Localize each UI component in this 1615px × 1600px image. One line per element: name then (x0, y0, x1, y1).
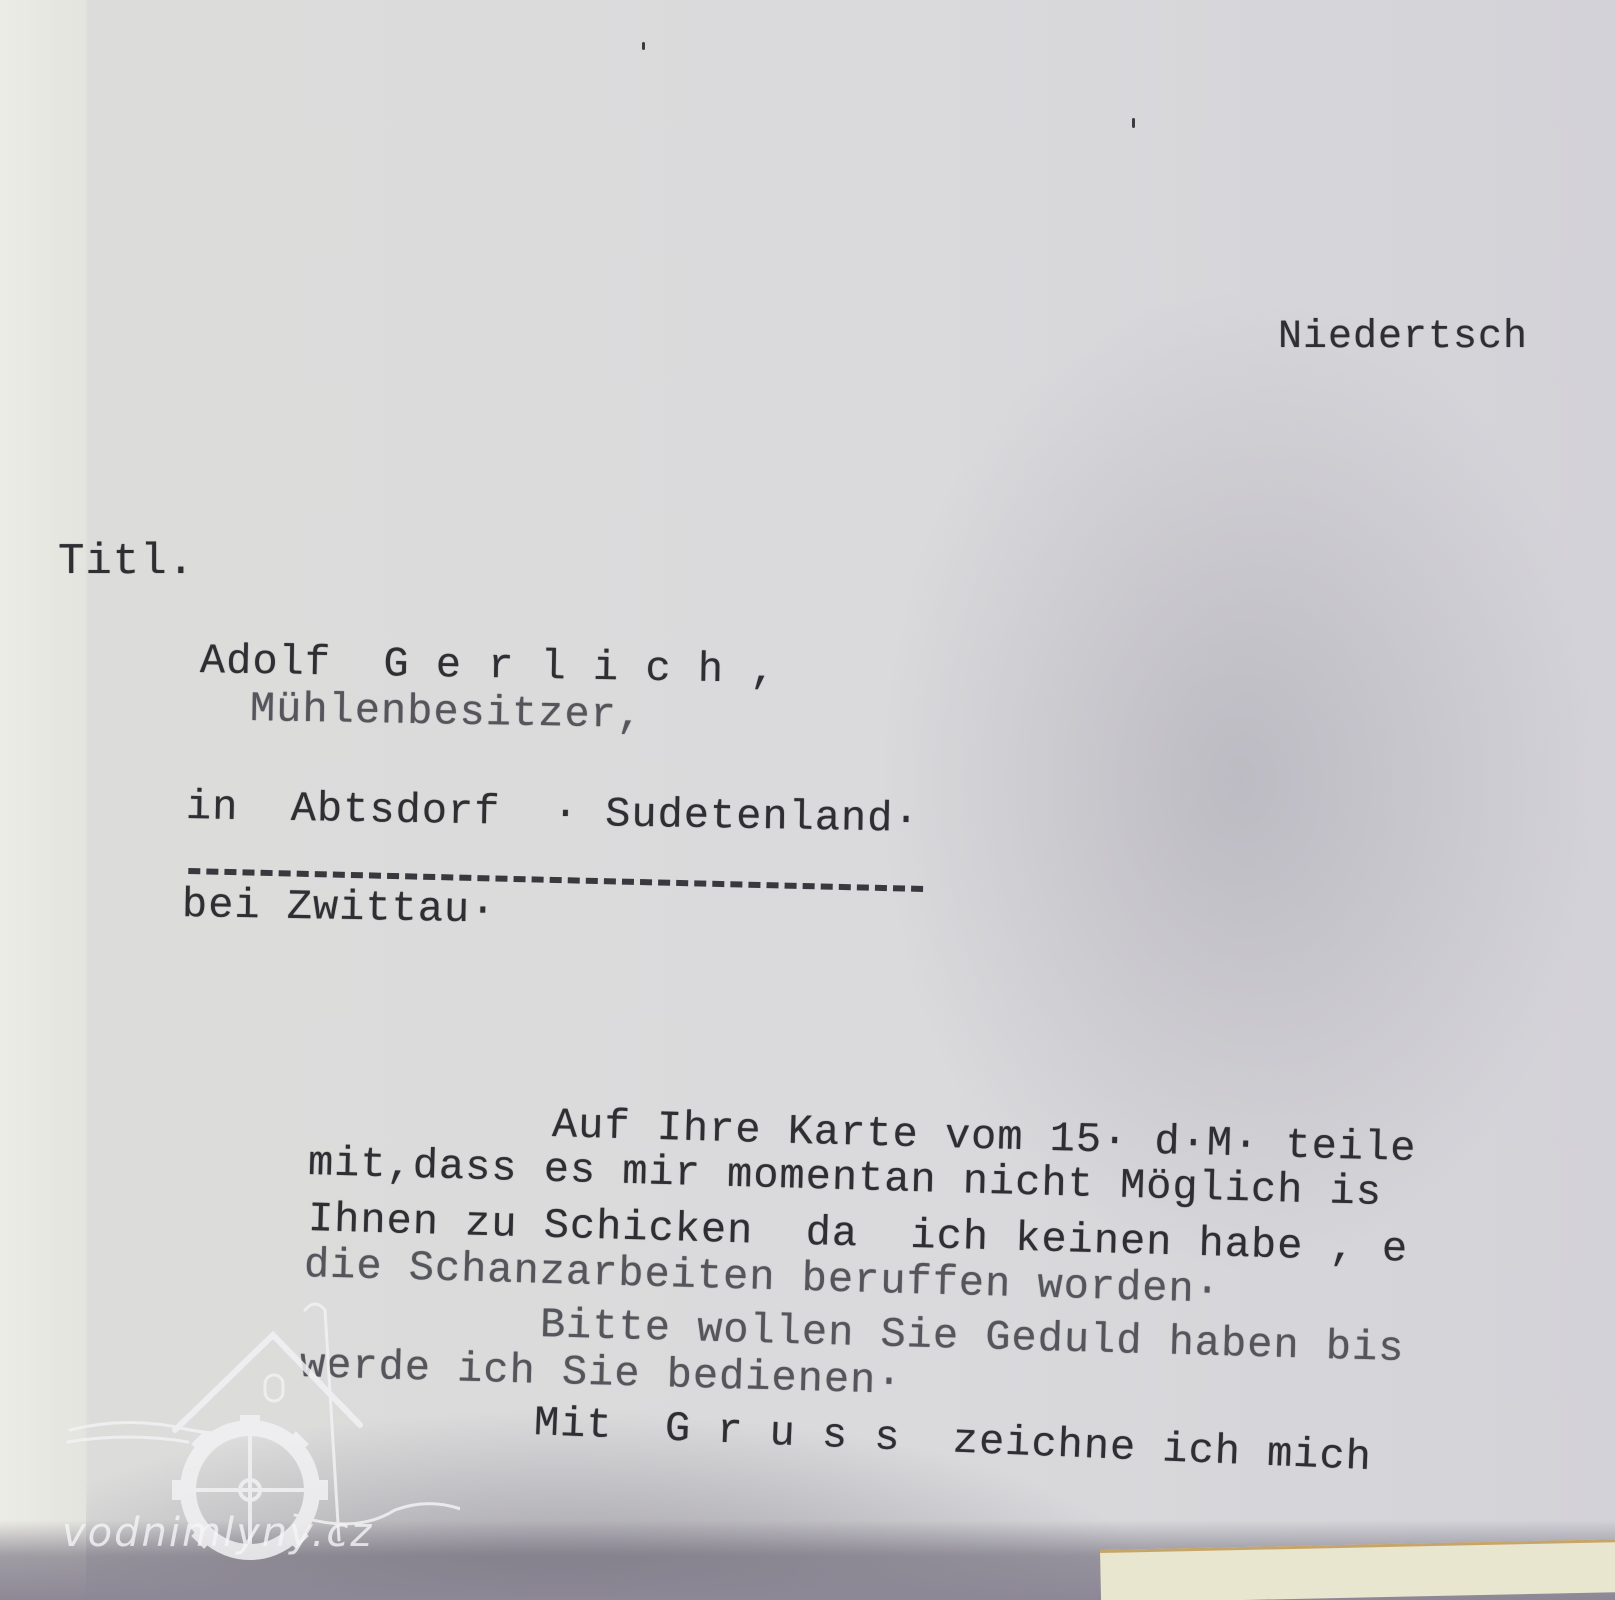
watermark-text: vodnimlyny.cz (62, 1510, 373, 1556)
recipient-address: in Abtsdorf · Sudetenland· (186, 786, 920, 841)
recipient-address-sub: bei Zwittau· (182, 884, 497, 931)
ink-speck (642, 42, 645, 50)
recipient-name: Adolf G e r l i c h , (200, 640, 777, 692)
place-header: Niedertsch (1278, 318, 1528, 358)
salutation-title: Titl. (58, 540, 195, 584)
ink-speck (1132, 118, 1135, 128)
recipient-occupation: Mühlenbesitzer, (250, 688, 644, 737)
underlying-card-edge (1100, 1539, 1615, 1600)
